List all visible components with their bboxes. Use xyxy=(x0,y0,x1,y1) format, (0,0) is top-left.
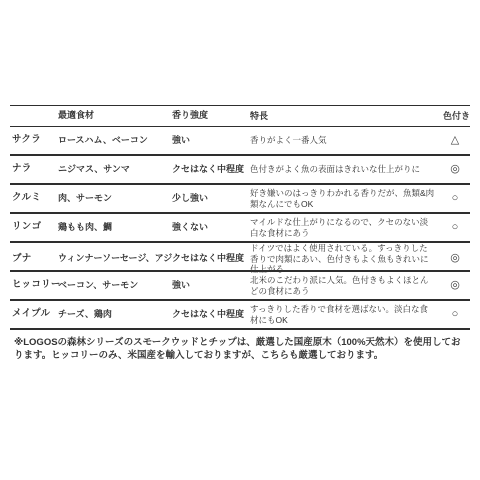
coloring-circle-icon: ○ xyxy=(440,309,470,320)
wood-name: サクラ xyxy=(10,135,58,145)
coloring-circle-icon: ○ xyxy=(440,193,470,204)
table-row-sakura: サクラ ロースハム、ベーコン 強い 香りがよく一番人気 △ xyxy=(10,127,470,156)
wood-name: ナラ xyxy=(10,164,58,174)
feature-text: 色付きがよく魚の表面はきれいな仕上がりに xyxy=(250,164,440,175)
best-food: ベーコン、サーモン xyxy=(58,281,172,291)
header-coloring: 色付き xyxy=(440,112,470,121)
coloring-double-circle-icon: ◎ xyxy=(440,164,470,175)
feature-text: 好き嫌いのはっきりわかれる香りだが、魚類&肉類なんにでもOK xyxy=(250,188,440,209)
aroma-strength: クセはなく中程度 xyxy=(172,254,250,264)
best-food: ニジマス、サンマ xyxy=(58,165,172,175)
aroma-strength: クセはなく中程度 xyxy=(172,165,250,175)
table-row-nara: ナラ ニジマス、サンマ クセはなく中程度 色付きがよく魚の表面はきれいな仕上がり… xyxy=(10,156,470,185)
best-food: 肉、サーモン xyxy=(58,194,172,204)
aroma-strength: 強い xyxy=(172,136,250,146)
coloring-double-circle-icon: ◎ xyxy=(440,280,470,291)
table-row-maple: メイプル チーズ、鶏肉 クセはなく中程度 すっきりした香りで食材を選ばない。淡白… xyxy=(10,301,470,330)
aroma-strength: 強い xyxy=(172,281,250,291)
table-row-kurumi: クルミ 肉、サーモン 少し強い 好き嫌いのはっきりわかれる香りだが、魚類&肉類な… xyxy=(10,185,470,214)
smoke-wood-table: 最適食材 香り強度 特長 色付き サクラ ロースハム、ベーコン 強い 香りがよく… xyxy=(10,105,470,330)
header-feature: 特長 xyxy=(250,111,440,122)
header-aroma-strength: 香り強度 xyxy=(172,111,250,121)
table-row-buna: ブナ ウィンナーソーセージ、アジ クセはなく中程度 ドイツではよく使用されている… xyxy=(10,243,470,272)
best-food: チーズ、鶏肉 xyxy=(58,310,172,320)
best-food: ウィンナーソーセージ、アジ xyxy=(58,254,172,264)
wood-name: メイプル xyxy=(10,309,58,319)
feature-text: すっきりした香りで食材を選ばない。淡白な食材にもOK xyxy=(250,304,440,325)
table-row-ringo: リンゴ 鶏もも肉、鯛 強くない マイルドな仕上がりになるので、クセのない淡白な食… xyxy=(10,214,470,243)
best-food: ロースハム、ベーコン xyxy=(58,136,172,146)
table-row-hickory: ヒッコリー ベーコン、サーモン 強い 北米のこだわり派に人気。色付きもよくほとん… xyxy=(10,272,470,301)
feature-text: ドイツではよく使用されている。すっきりした香りで肉類にあい、色付きもよく魚もきれ… xyxy=(250,243,440,275)
aroma-strength: 強くない xyxy=(172,223,250,233)
aroma-strength: クセはなく中程度 xyxy=(172,310,250,320)
aroma-strength: 少し強い xyxy=(172,194,250,204)
wood-name: ヒッコリー xyxy=(10,280,58,290)
page: 最適食材 香り強度 特長 色付き サクラ ロースハム、ベーコン 強い 香りがよく… xyxy=(0,0,480,480)
best-food: 鶏もも肉、鯛 xyxy=(58,223,172,233)
footnote-text: ※LOGOSの森林シリーズのスモークウッドとチップは、厳選した国産原木（100%… xyxy=(14,336,468,362)
feature-text: マイルドな仕上がりになるので、クセのない淡白な食材にあう xyxy=(250,217,440,238)
feature-text: 香りがよく一番人気 xyxy=(250,135,440,146)
header-best-food: 最適食材 xyxy=(58,111,172,121)
coloring-double-circle-icon: ◎ xyxy=(440,253,470,264)
table-header-row: 最適食材 香り強度 特長 色付き xyxy=(10,106,470,127)
feature-text: 北米のこだわり派に人気。色付きもよくほとんどの食材にあう xyxy=(250,275,440,296)
wood-name: クルミ xyxy=(10,193,58,203)
wood-name: リンゴ xyxy=(10,222,58,232)
wood-name: ブナ xyxy=(10,254,58,264)
coloring-circle-icon: ○ xyxy=(440,222,470,233)
coloring-triangle-icon: △ xyxy=(440,135,470,146)
